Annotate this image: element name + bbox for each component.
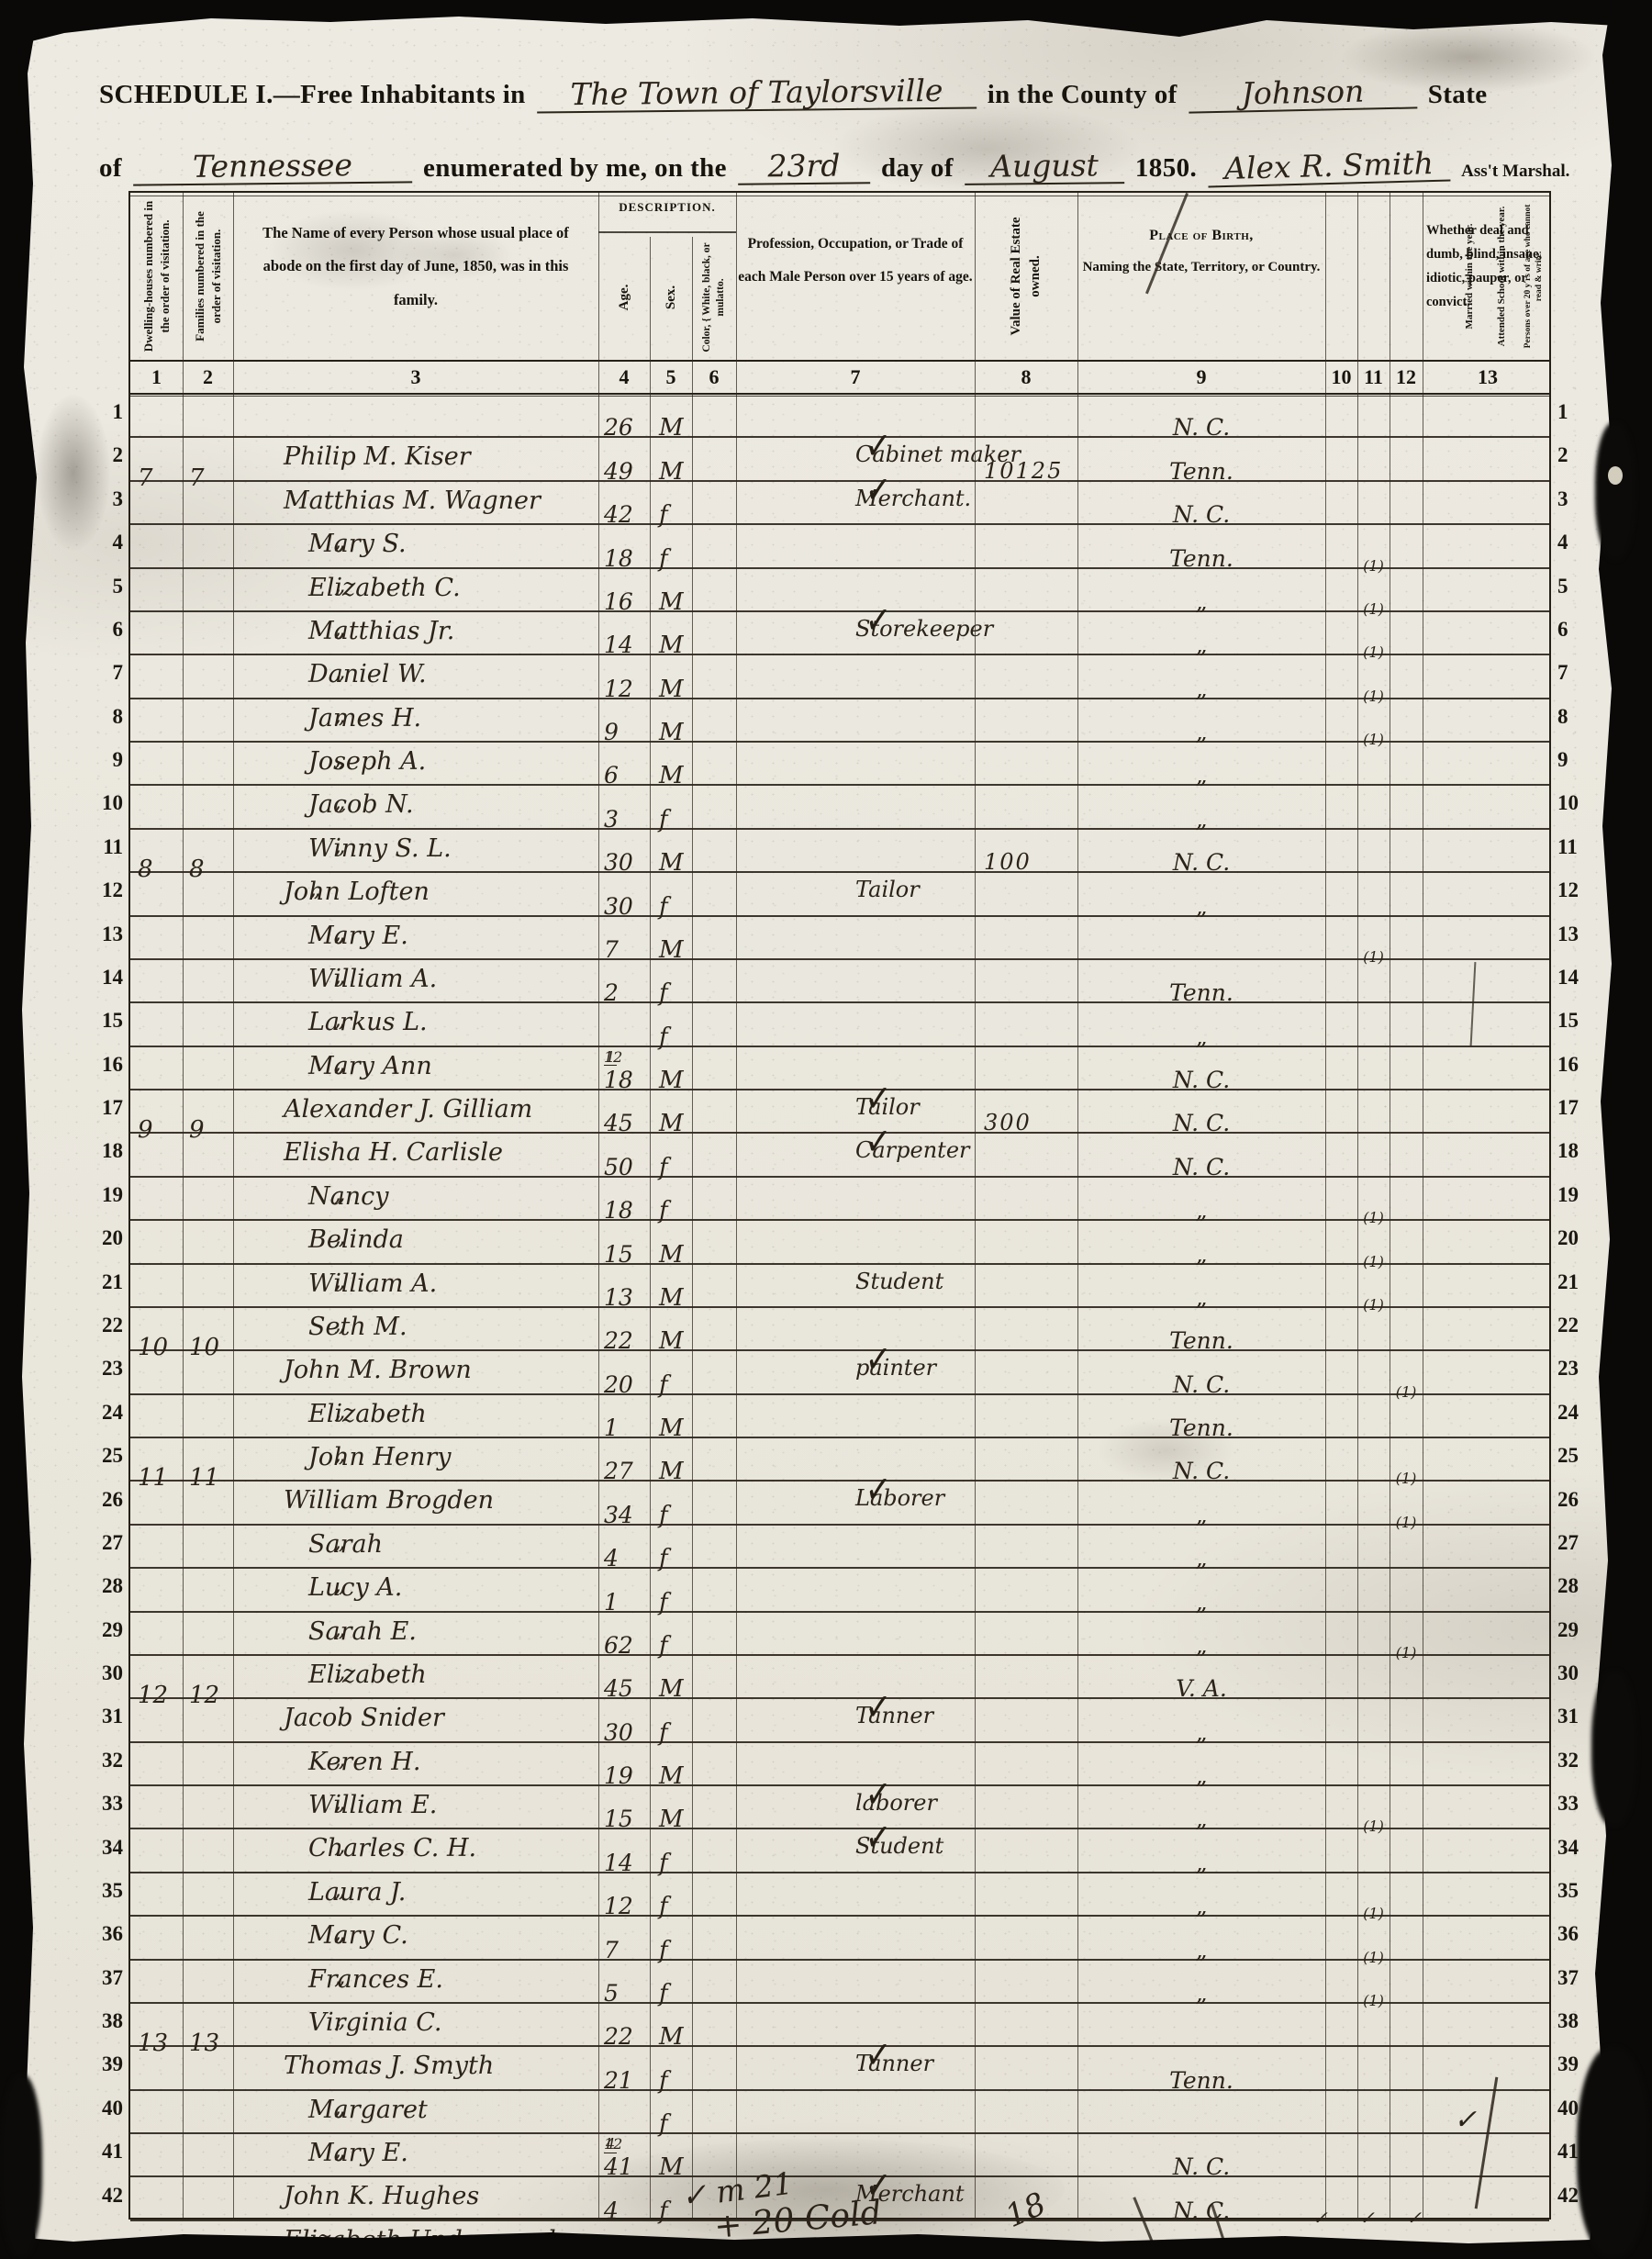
cell-age: 1: [604, 1415, 619, 1441]
cell-age: 34: [604, 1502, 633, 1528]
table-row: 88John Loften„30MTailor100N. C.: [130, 830, 1549, 873]
cell-birthplace: „: [1077, 676, 1325, 702]
cell-age: 45: [604, 1675, 633, 1702]
cell-age: 30: [604, 893, 633, 920]
table-row: Matthias Jr.„16MStorekeeper✓„(1): [130, 569, 1549, 612]
cell-birthplace: „: [1077, 588, 1325, 615]
right-margin-number: 25: [1557, 1444, 1603, 1468]
right-margin-number: 11: [1557, 835, 1603, 859]
left-margin-number: 23: [77, 1357, 123, 1381]
cell-birthplace: „: [1077, 893, 1325, 920]
column-number: 7: [736, 365, 975, 389]
left-margin-number: 10: [77, 791, 123, 815]
column-header-age: Age.: [598, 239, 650, 356]
right-margin-number: 10: [1557, 791, 1603, 815]
cell-sex: f: [659, 2197, 668, 2225]
cell-age: 14: [604, 632, 633, 658]
cell-birthplace: N. C.: [1077, 1110, 1325, 1136]
table-row: Belinda„18f„(1): [130, 1178, 1549, 1221]
column-number: 6: [692, 365, 736, 389]
of-label: of: [99, 153, 122, 183]
cell-birthplace: „: [1077, 1893, 1325, 1919]
marshal-signature: Alex R. Smith: [1208, 148, 1451, 188]
column-header-occupation: Profession, Occupation, or Trade of each…: [736, 228, 975, 293]
left-margin-number: 9: [77, 748, 123, 772]
right-margin-number: 13: [1557, 923, 1603, 946]
cell-birthplace: „: [1077, 762, 1325, 788]
column-number: 9: [1077, 365, 1325, 389]
table-row: 77Matthias M. Wagner49MMerchant.✓10125Te…: [130, 438, 1549, 481]
right-margin-number: 23: [1557, 1357, 1603, 1381]
right-margin-number: 36: [1557, 1922, 1603, 1946]
county-label: in the County of: [988, 80, 1178, 109]
cell-birthplace: „: [1077, 719, 1325, 745]
right-margin-number: 8: [1557, 705, 1603, 729]
cell-birthplace: Tenn.: [1077, 2067, 1325, 2094]
table-row: Alexander J. Gilliam18MTailor✓N. C.: [130, 1047, 1549, 1090]
description-group-header: DESCRIPTION.: [598, 200, 736, 215]
column-number: 11: [1357, 365, 1390, 389]
cell-birthplace: Tenn.: [1077, 1327, 1325, 1354]
cell-age: 7: [604, 936, 619, 963]
document-title-line-1: SCHEDULE I.—Free Inhabitants in The Town…: [99, 77, 1623, 111]
left-margin-number: 38: [77, 2009, 123, 2033]
census-document-scan: SCHEDULE I.—Free Inhabitants in The Town…: [0, 0, 1652, 2259]
description-rule: [598, 231, 736, 233]
cell-birthplace: „: [1077, 1589, 1325, 1616]
cell-birthplace: „: [1077, 1502, 1325, 1528]
table-row: Frances E.„7f„(1): [130, 1917, 1549, 1960]
left-margin-number: 1: [77, 400, 123, 424]
binding-mark: [1595, 422, 1635, 560]
table-row: 1212Jacob Snider45MTanner✓V. A.: [130, 1656, 1549, 1699]
left-margin-number: 24: [77, 1401, 123, 1425]
left-margin-number: 26: [77, 1488, 123, 1512]
left-margin-number: 31: [77, 1705, 123, 1728]
cell-real-estate-value: 300: [984, 1110, 1032, 1135]
right-margin-number: 4: [1557, 531, 1603, 554]
left-margin-number: 17: [77, 1096, 123, 1120]
enumerated-label: enumerated by me, on the: [423, 153, 727, 183]
cell-birthplace: N. C.: [1077, 1458, 1325, 1484]
cell-birthplace: „: [1077, 1937, 1325, 1963]
left-margin-number: 8: [77, 705, 123, 729]
column-header-birth-sub: Naming the State, Territory, or Country.: [1083, 260, 1321, 274]
binding-mark: [0, 2074, 42, 2258]
cell-real-estate-value: 10125: [984, 458, 1063, 484]
right-margin-number: 1: [1557, 400, 1603, 424]
cell-birthplace: N. C.: [1077, 414, 1325, 441]
binding-mark: [1577, 2047, 1650, 2258]
table-row: Margaret„21fTenn.: [130, 2047, 1549, 2090]
cell-birthplace: V. A.: [1077, 1675, 1325, 1702]
table-row: Virginia C.„5f„(1): [130, 1961, 1549, 2004]
state-label: State: [1428, 80, 1488, 109]
left-margin-number: 27: [77, 1531, 123, 1555]
left-margin-number: 37: [77, 1966, 123, 1990]
cell-age: 4: [604, 1545, 619, 1571]
right-margin-number: 27: [1557, 1531, 1603, 1555]
column-number: 12: [1390, 365, 1423, 389]
column-header-sex: Sex.: [650, 239, 692, 356]
cell-age: 27: [604, 1458, 633, 1484]
column-header-birth: Place of Birth, Naming the State, Territ…: [1077, 220, 1325, 282]
cell-birthplace: Tenn.: [1077, 1415, 1325, 1441]
column-number: 4: [598, 365, 650, 389]
state-fill-in: Tennessee: [133, 149, 412, 185]
table-row: Mary Ann„112f„: [130, 1003, 1549, 1046]
right-margin-number: 9: [1557, 748, 1603, 772]
cell-birthplace: „: [1077, 1850, 1325, 1876]
cell-birthplace: N. C.: [1077, 501, 1325, 528]
table-row: John K. Hughes41MMerchant✓N. C.: [130, 2134, 1549, 2177]
cell-age: 18: [604, 1067, 633, 1093]
table-row: William E.„19Mlaborer✓„: [130, 1743, 1549, 1786]
cell-birthplace: N. C.: [1077, 1067, 1325, 1093]
cell-birthplace: N. C.: [1077, 2153, 1325, 2180]
cell-birthplace: „: [1077, 632, 1325, 658]
right-margin-number: 21: [1557, 1270, 1603, 1294]
month-fill-in: August: [965, 150, 1124, 185]
census-table: DESCRIPTION. Dwelling-houses numbered in…: [128, 191, 1551, 2220]
column-header-name: The Name of every Person whose usual pla…: [251, 217, 580, 317]
table-row: Elizabeth„20fN. C.(1): [130, 1351, 1549, 1394]
table-row: Philip M. Kiser26MCabinet maker✓N. C.: [130, 395, 1549, 438]
right-margin-number: 19: [1557, 1183, 1603, 1207]
column-header-color: Color, { White, black, or mulatto.: [692, 239, 736, 356]
cell-age: 1: [604, 1589, 619, 1616]
column-number: 5: [650, 365, 692, 389]
footer-check-marks: ✓ ✓ ✓: [1312, 2207, 1434, 2229]
double-rule: [130, 396, 1549, 397]
right-margin-number: 12: [1557, 878, 1603, 902]
right-margin-number: 7: [1557, 661, 1603, 685]
cell-age: 18: [604, 1197, 633, 1224]
table-header: DESCRIPTION. Dwelling-houses numbered in…: [130, 193, 1549, 360]
right-margin-number: 18: [1557, 1139, 1603, 1163]
cell-birthplace: Tenn.: [1077, 458, 1325, 485]
right-margin-number: 24: [1557, 1401, 1603, 1425]
left-margin-number: 32: [77, 1749, 123, 1773]
left-margin-number: 21: [77, 1270, 123, 1294]
cell-age: 50: [604, 1154, 633, 1180]
left-margin-number: 3: [77, 487, 123, 511]
column-number-row: 12345678910111213: [130, 360, 1549, 395]
cell-birthplace: N. C.: [1077, 1371, 1325, 1398]
left-margin-number: 40: [77, 2097, 123, 2120]
cell-birthplace: N. C.: [1077, 2197, 1325, 2224]
table-row: John Henry„1MTenn.: [130, 1395, 1549, 1438]
cell-birthplace: N. C.: [1077, 849, 1325, 876]
left-margin-number: 7: [77, 661, 123, 685]
cell-age: 21: [604, 2067, 633, 2094]
cell-birthplace: „: [1077, 1545, 1325, 1571]
cell-birthplace: Tenn.: [1077, 979, 1325, 1006]
table-row: Laura J.„14f„: [130, 1829, 1549, 1873]
table-row: 1313Thomas J. Smyth22MTanner✓: [130, 2004, 1549, 2047]
left-margin-number: 25: [77, 1444, 123, 1468]
table-row: James H.„12M„(1): [130, 655, 1549, 699]
column-number: 2: [183, 365, 233, 389]
cell-birthplace: „: [1077, 1241, 1325, 1268]
right-margin-number: 16: [1557, 1053, 1603, 1077]
cell-age: 9: [604, 719, 619, 745]
cell-age: 62: [604, 1632, 633, 1659]
table-row: Nancy„50fN. C.: [130, 1134, 1549, 1177]
right-margin-number: 5: [1557, 575, 1603, 598]
table-row: Mary S.„42fN. C.: [130, 482, 1549, 525]
cell-birthplace: „: [1077, 1284, 1325, 1311]
schedule-label: SCHEDULE I.—Free Inhabitants in: [99, 80, 526, 109]
left-margin-number: 30: [77, 1661, 123, 1685]
right-margin-number: 14: [1557, 966, 1603, 990]
cell-age: 41: [604, 2153, 633, 2180]
cell-age: 16: [604, 588, 633, 615]
table-row: Larkus L.„2fTenn.: [130, 960, 1549, 1003]
cell-age: 2: [604, 979, 619, 1006]
table-row: 1010John M. Brown22Mpainter✓Tenn.: [130, 1308, 1549, 1351]
left-margin-number: 19: [77, 1183, 123, 1207]
cell-age: 18: [604, 545, 633, 572]
left-margin-number: 13: [77, 923, 123, 946]
table-row: Sarah E.„1f„: [130, 1569, 1549, 1612]
left-margin-number: 36: [77, 1922, 123, 1946]
cell-age: 14: [604, 1850, 633, 1876]
cell-age: 3: [604, 806, 619, 833]
left-margin-number: 11: [77, 835, 123, 859]
cell-birthplace: „: [1077, 1762, 1325, 1789]
table-row: William A.„7M(1): [130, 917, 1549, 960]
cell-birthplace: Tenn.: [1077, 545, 1325, 572]
table-row: Charles C. H.„15MStudent✓„(1): [130, 1786, 1549, 1829]
cell-age: 45: [604, 1110, 633, 1136]
cell-birthplace: „: [1077, 1980, 1325, 2007]
table-row: Seth M.„13M„(1): [130, 1265, 1549, 1308]
left-margin-number: 35: [77, 1879, 123, 1903]
table-row: Mary E.„412f✓: [130, 2091, 1549, 2134]
left-margin-number: 29: [77, 1618, 123, 1642]
county-fill-in: Johnson: [1188, 74, 1417, 113]
right-margin-number: 29: [1557, 1618, 1603, 1642]
left-margin-number: 42: [77, 2184, 123, 2208]
column-number: 10: [1325, 365, 1357, 389]
right-margin-number: 28: [1557, 1574, 1603, 1598]
table-row: Sarah„34f„(1): [130, 1482, 1549, 1525]
table-row: William A.„15MStudent„(1): [130, 1221, 1549, 1264]
table-row: Mary C.„12f„(1): [130, 1873, 1549, 1917]
column-number: 8: [975, 365, 1077, 389]
right-margin-number: 20: [1557, 1226, 1603, 1250]
right-margin-number: 15: [1557, 1009, 1603, 1033]
table-row: 1111William Brogden27MLaborer✓N. C.(1): [130, 1438, 1549, 1482]
marshal-label: Ass't Marshal.: [1461, 162, 1569, 181]
column-header-dwelling: Dwelling-houses numbered in the order of…: [130, 196, 183, 356]
cell-age: 4: [604, 2197, 619, 2224]
right-margin-number: 34: [1557, 1836, 1603, 1860]
cell-birthplace: „: [1077, 1023, 1325, 1050]
cell-age: 49: [604, 458, 633, 485]
table-row: 99Elisha H. Carlisle45MCarpenter✓300N. C…: [130, 1090, 1549, 1134]
left-margin-number: 33: [77, 1792, 123, 1816]
table-row: Joseph A.„9M„(1): [130, 699, 1549, 743]
cell-birthplace: „: [1077, 1197, 1325, 1224]
right-margin-number: 17: [1557, 1096, 1603, 1120]
binding-mark: [1591, 1671, 1637, 1827]
right-margin-number: 6: [1557, 618, 1603, 642]
right-margin-number: 35: [1557, 1879, 1603, 1903]
left-margin-number: 18: [77, 1139, 123, 1163]
table-row: Mary E.„30f„: [130, 873, 1549, 916]
left-margin-number: 39: [77, 2052, 123, 2076]
right-margin-number: 22: [1557, 1314, 1603, 1337]
cell-birthplace: „: [1077, 1719, 1325, 1746]
table-row: Jacob N.„6M„: [130, 743, 1549, 786]
left-margin-number: 28: [77, 1574, 123, 1598]
table-row: Daniel W.„14M„(1): [130, 612, 1549, 655]
cell-age: 20: [604, 1371, 633, 1398]
cell-real-estate-value: 100: [984, 849, 1032, 875]
cell-age: 42: [604, 501, 633, 528]
left-margin-number: 15: [77, 1009, 123, 1033]
left-margin-number: 22: [77, 1314, 123, 1337]
table-row: Winny S. L.„3f„: [130, 786, 1549, 829]
table-row: Keren H.„30f„: [130, 1699, 1549, 1742]
column-header-family: Families numbered in the order of visita…: [183, 196, 233, 356]
table-row: Lucy A.„4f„: [130, 1526, 1549, 1569]
left-margin-number: 34: [77, 1836, 123, 1860]
cell-age: 6: [604, 762, 619, 788]
right-margin-number: 38: [1557, 2009, 1603, 2033]
cell-birthplace: „: [1077, 806, 1325, 833]
column-number: 13: [1423, 365, 1553, 389]
left-margin-number: 5: [77, 575, 123, 598]
cell-age: 12: [604, 1893, 633, 1919]
cell-age: 19: [604, 1762, 633, 1789]
column-header-deaf-dumb: Whether deaf and dumb, blind, insane, id…: [1423, 218, 1557, 314]
cell-age: 26: [604, 414, 633, 441]
table-rows: Philip M. Kiser26MCabinet maker✓N. C.77M…: [130, 395, 1549, 2221]
cell-birthplace: N. C.: [1077, 1154, 1325, 1180]
column-header-value: Value of Real Estate owned.: [975, 196, 1077, 356]
cell-age: 30: [604, 1719, 633, 1746]
left-margin-number: 2: [77, 443, 123, 467]
left-margin-number: 4: [77, 531, 123, 554]
right-margin-number: 26: [1557, 1488, 1603, 1512]
column-number: 1: [130, 365, 183, 389]
paper-hole-spot: [1608, 466, 1623, 485]
column-header-birth-title: Place of Birth,: [1149, 228, 1254, 243]
left-margin-number: 6: [77, 618, 123, 642]
left-margin-number: 16: [77, 1053, 123, 1077]
day-of-label: day of: [881, 153, 954, 183]
cell-age: 15: [604, 1241, 633, 1268]
table-row: Elizabeth C.„18fTenn.(1): [130, 525, 1549, 568]
place-fill-in: The Town of Taylorsville: [537, 74, 977, 113]
left-margin-number: 41: [77, 2140, 123, 2164]
cell-birthplace: „: [1077, 1632, 1325, 1659]
document-title-line-2: of Tennessee enumerated by me, on the 23…: [99, 151, 1623, 185]
table-row: Elizabeth„62f„(1): [130, 1613, 1549, 1656]
cell-age: 22: [604, 2023, 633, 2050]
cell-age: 15: [604, 1806, 633, 1832]
cell-age: 7: [604, 1937, 619, 1963]
cell-age: 30: [604, 849, 633, 876]
left-margin-number: 20: [77, 1226, 123, 1250]
year-label: 1850.: [1135, 153, 1197, 183]
cell-age: 5: [604, 1980, 619, 2007]
cell-age: 22: [604, 1327, 633, 1354]
column-number: 3: [233, 365, 598, 389]
cell-age: 12: [604, 676, 633, 702]
cell-birthplace: „: [1077, 1806, 1325, 1832]
cell-age: 13: [604, 1284, 633, 1311]
day-fill-in: 23rd: [738, 150, 870, 185]
left-margin-number: 12: [77, 878, 123, 902]
left-margin-number: 14: [77, 966, 123, 990]
right-margin-number: 30: [1557, 1661, 1603, 1685]
